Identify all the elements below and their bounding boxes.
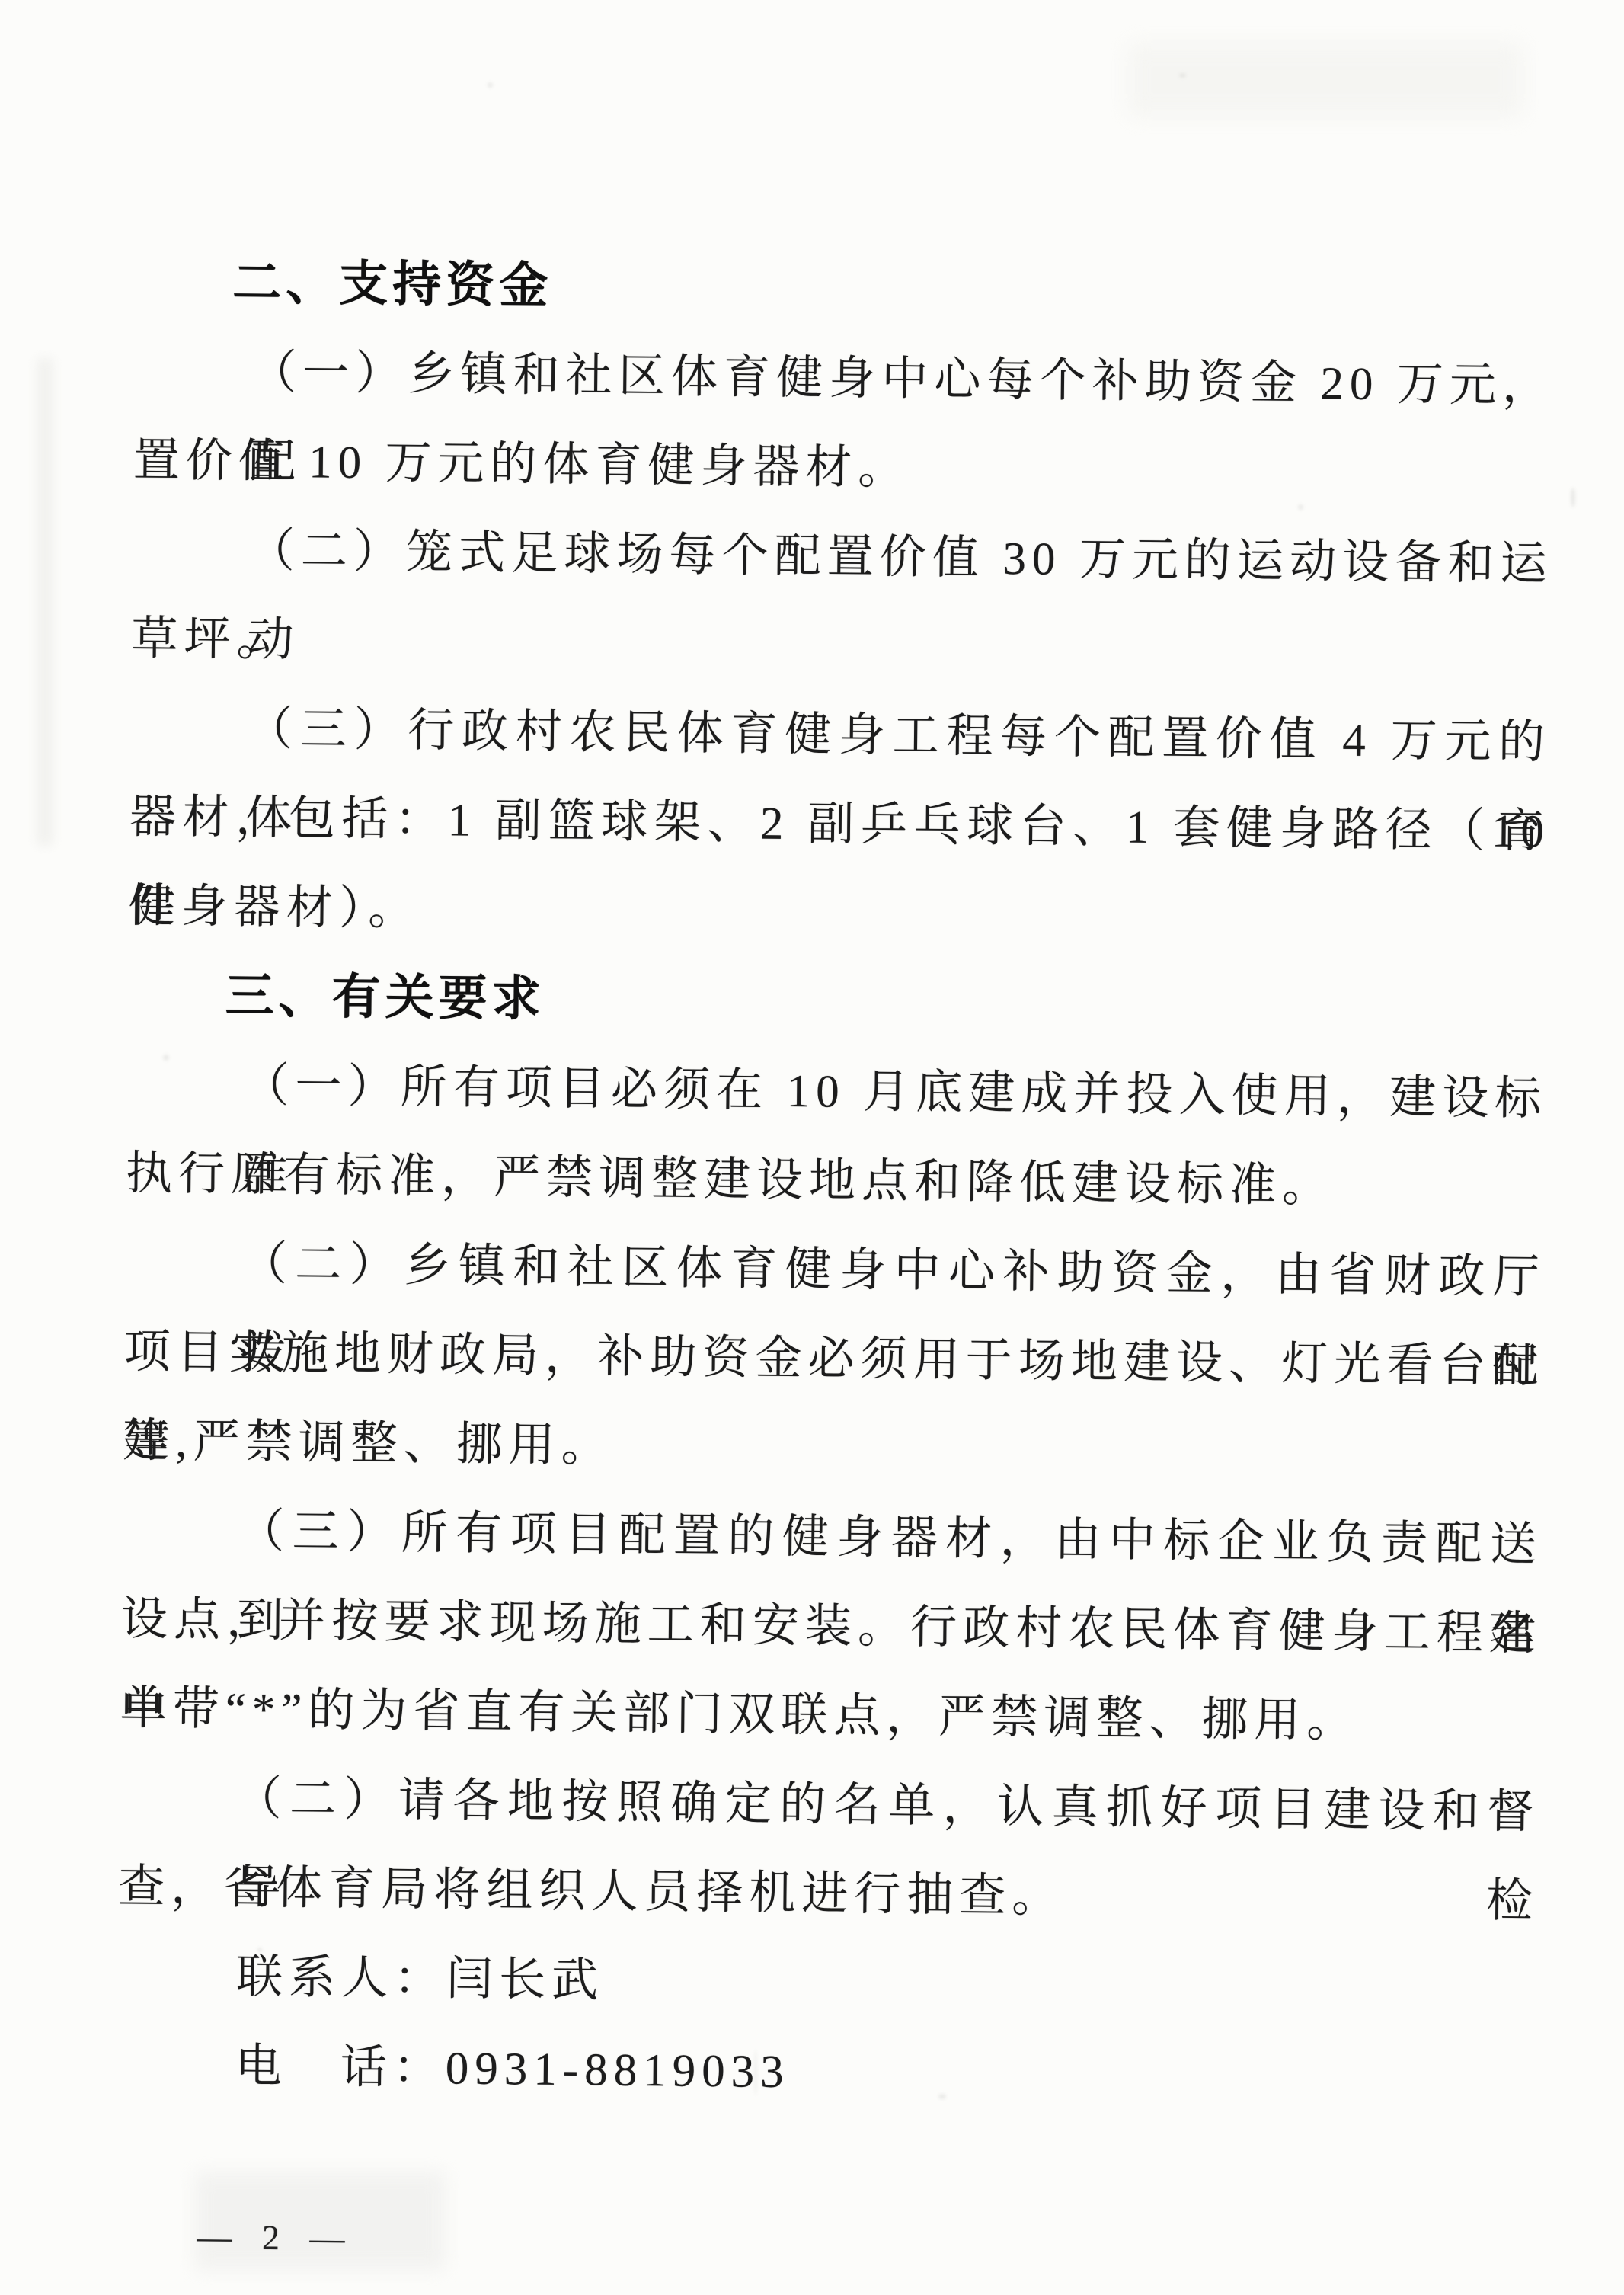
paragraph-line: （一）所有项目必须在 10 月底建成并投入使用，建设标准 (126, 1040, 1548, 1144)
paragraph-line: （一）乡镇和社区体育健身中心每个补助资金 20 万元，配 (134, 327, 1555, 431)
paragraph-line: 健身器材）。 (128, 862, 1549, 966)
paragraph-line: （三）行政村农民体育健身工程每个配置价值 4 万元的体育 (130, 683, 1552, 788)
scan-speck (488, 82, 493, 88)
paragraph-line: （三）所有项目配置的健身器材，由中标企业负责配送到建 (122, 1486, 1543, 1590)
scan-artifact (1127, 42, 1523, 118)
paragraph-line: （二）乡镇和社区体育健身中心补助资金，由省财政厅拨付 (124, 1218, 1546, 1323)
section-heading-support-funds: 二、支持资金 (135, 238, 1556, 342)
paragraph-line: 执行原有标准，严禁调整建设地点和降低建设标准。 (126, 1129, 1547, 1234)
page-number: — 2 — (197, 2217, 356, 2258)
contact-person-line: 联系人：闫长武 (117, 1932, 1538, 2036)
document-body: 二、支持资金 （一）乡镇和社区体育健身中心每个补助资金 20 万元，配 置价值 … (116, 238, 1556, 2124)
paragraph-line: （二）请各地按照确定的名单，认真抓好项目建设和督导检 (119, 1753, 1540, 1858)
paragraph-line: 设点，并按要求现场施工和安装。行政村农民体育健身工程名单 (120, 1575, 1542, 1679)
scan-artifact (37, 358, 53, 846)
section-heading-requirements: 三、有关要求 (127, 951, 1549, 1055)
scanned-document-page: 二、支持资金 （一）乡镇和社区体育健身中心每个补助资金 20 万元，配 置价值 … (0, 0, 1624, 2295)
paragraph-line: 等,严禁调整、挪用。 (123, 1397, 1544, 1501)
scan-speck (1571, 488, 1575, 507)
paragraph-line: 项目实施地财政局，补助资金必须用于场地建设、灯光看台配建 (123, 1308, 1545, 1412)
paragraph-line: （二）笼式足球场每个配置价值 30 万元的运动设备和运动 (132, 505, 1553, 610)
contact-phone-line: 电 话：0931-8819033 (116, 2021, 1537, 2125)
scan-speck (1179, 73, 1186, 78)
paragraph-line: 器材，包括：1 副篮球架、2 副乒乓球台、1 套健身路径（10 件 (129, 773, 1550, 877)
paragraph-line: 草坪。 (131, 594, 1552, 699)
paragraph-line: 中带“*”的为省直有关部门双联点，严禁调整、挪用。 (120, 1664, 1541, 1768)
paragraph-line: 置价值 10 万元的体育健身器材。 (133, 416, 1554, 520)
